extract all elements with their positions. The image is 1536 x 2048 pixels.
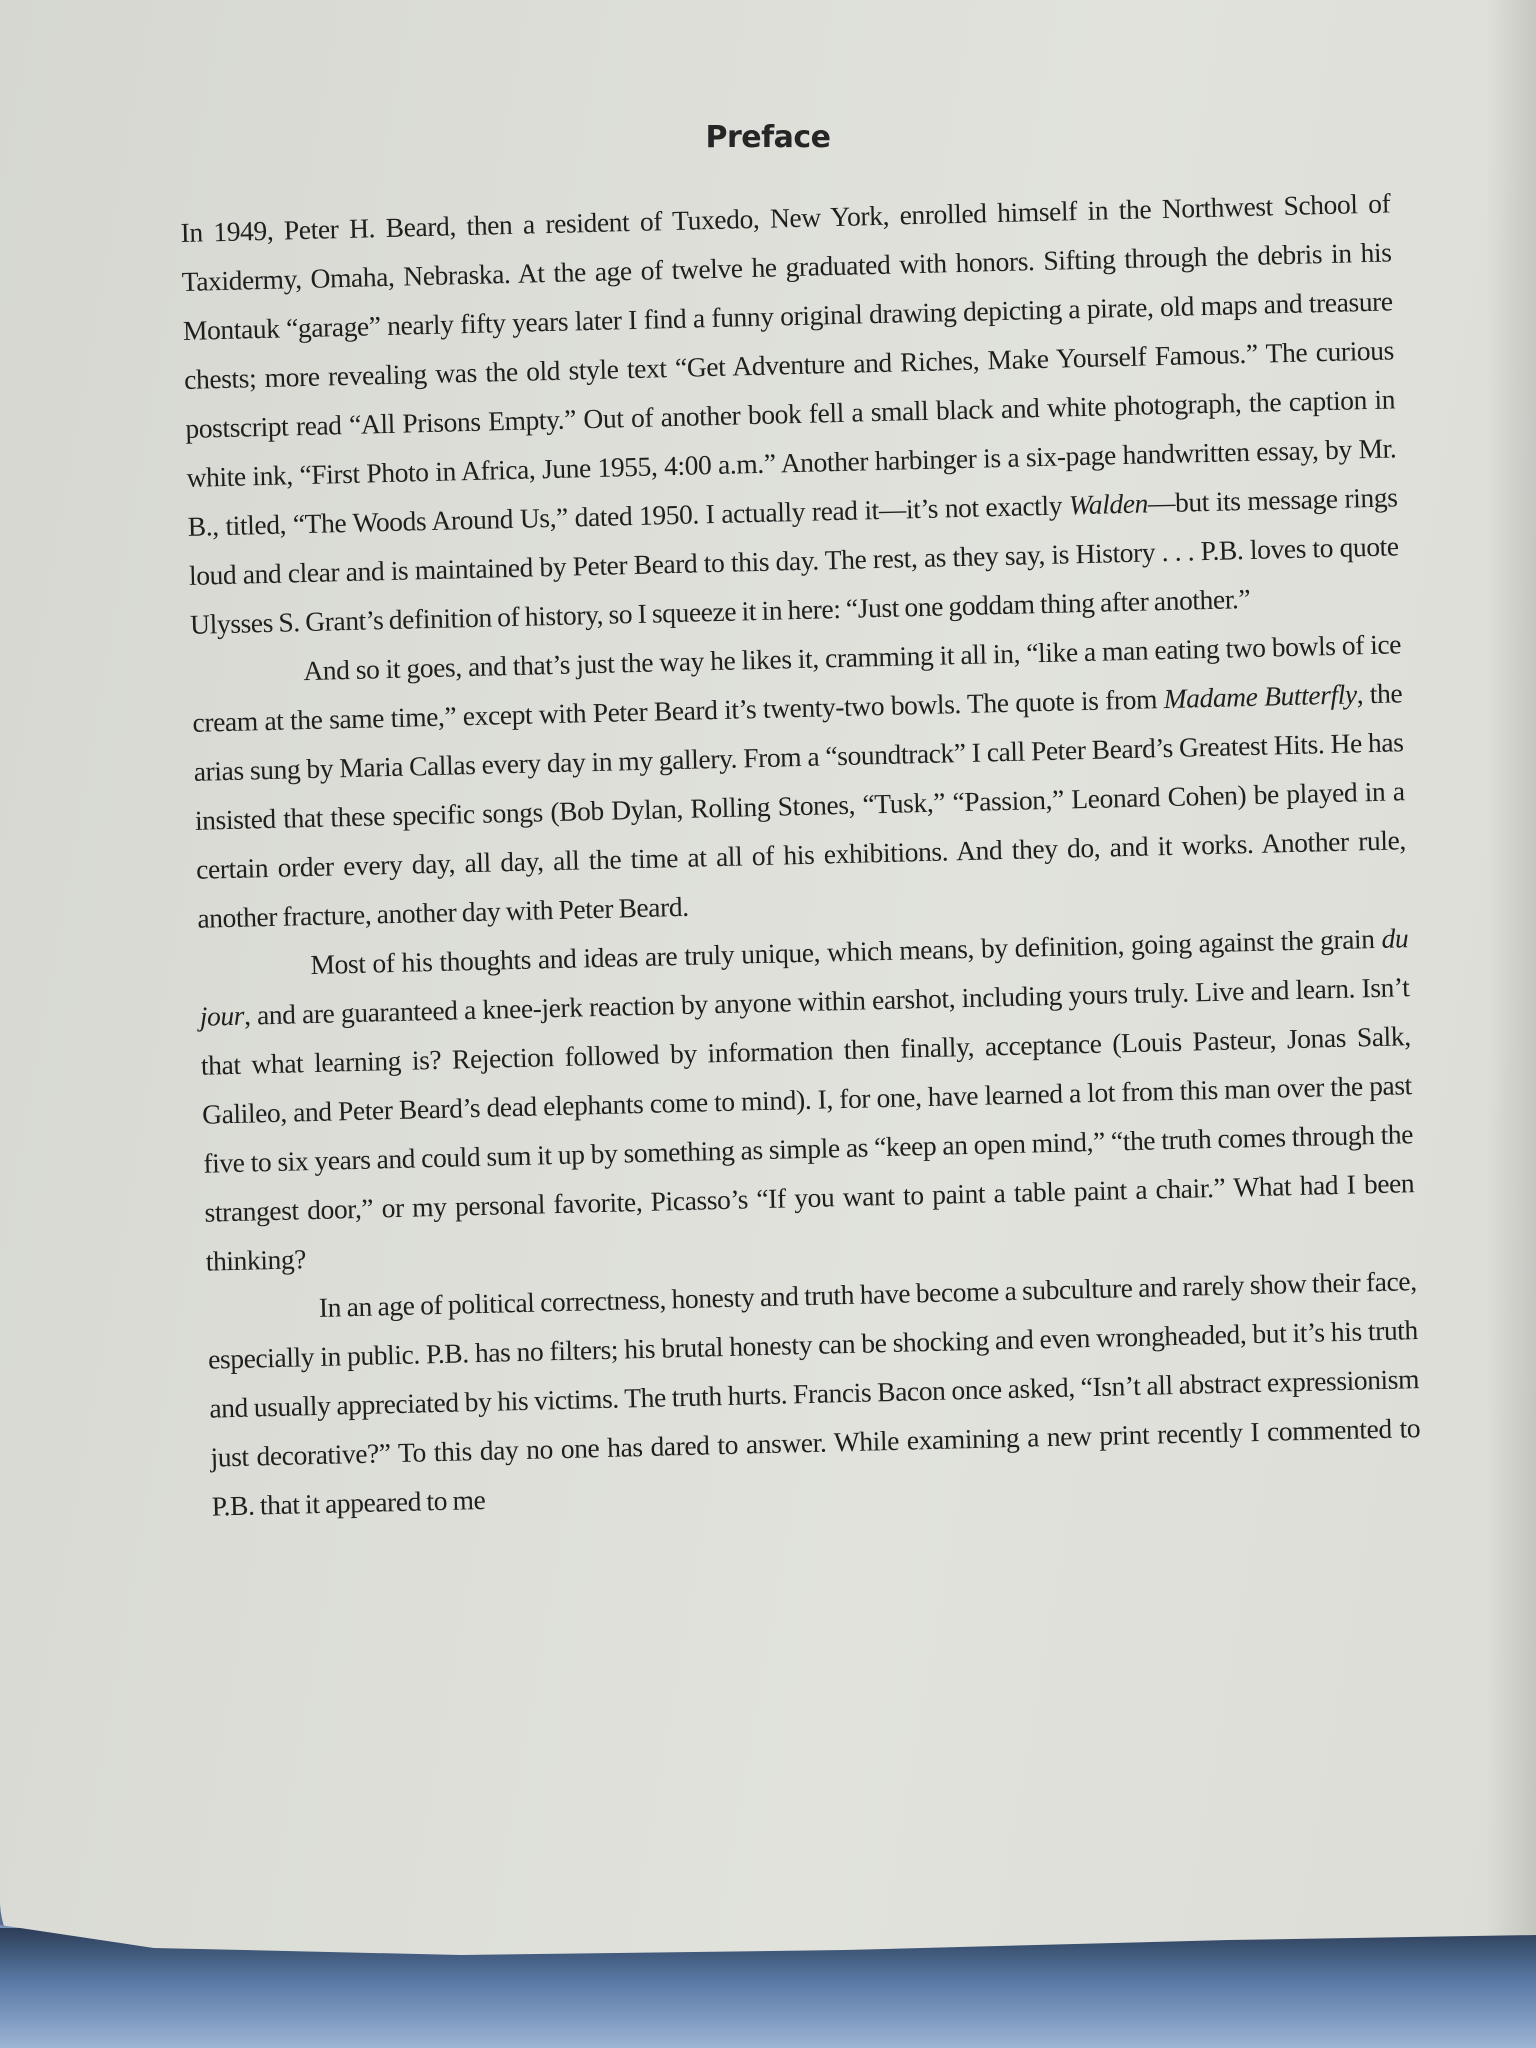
paragraph: And so it goes, and that’s just the way … — [191, 619, 1408, 942]
book-page: Preface In 1949, Peter H. Beard, then a … — [0, 0, 1536, 1960]
italic-title: Madame Butterfly — [1163, 678, 1357, 714]
italic-title: du jour — [199, 922, 1408, 1032]
paragraph: Most of his thoughts and ideas are truly… — [198, 913, 1416, 1285]
body-text: In 1949, Peter H. Beard, then a resident… — [180, 178, 1422, 1530]
italic-title: Walden — [1068, 487, 1148, 520]
paragraph: In an age of political correctness, hone… — [206, 1256, 1422, 1530]
page-title: Preface — [0, 120, 1536, 155]
paragraph: In 1949, Peter H. Beard, then a resident… — [180, 178, 1400, 648]
page-edge-shadow — [1486, 0, 1536, 1960]
